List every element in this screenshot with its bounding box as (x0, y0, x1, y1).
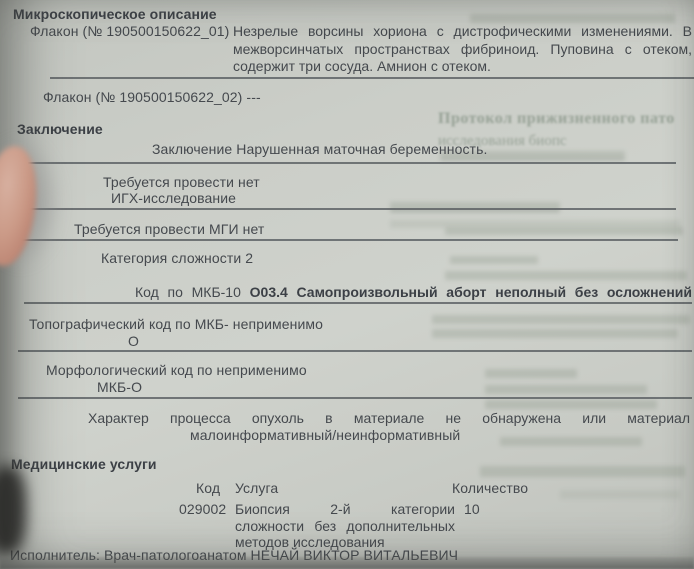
service-row-code: 029002 (179, 501, 226, 517)
bleedthrough-line (445, 271, 687, 280)
divider-rule (50, 77, 694, 79)
service-row-quantity: 10 (464, 501, 480, 517)
services-header-code: Код (196, 480, 220, 496)
bleedthrough-line (485, 385, 647, 394)
mgi-required-line: Требуется провести МГИ нет (74, 221, 264, 237)
divider-rule (24, 302, 692, 304)
morphologic-code-line: Морфологический код по неприменимо (46, 362, 307, 378)
bleedthrough-line (432, 315, 690, 324)
complexity-category-line: Категория сложности 2 (101, 250, 253, 266)
vial-1-description: Незрелые ворсины хориона с дистрофически… (233, 23, 692, 76)
bleedthrough-line (560, 490, 680, 499)
paper-sheet: Протокол прижизненного пато исследования… (0, 0, 694, 569)
bleedthrough-line (485, 369, 577, 378)
vial-1-description-line: межворсинчатых пространствах фибриноид. … (233, 41, 692, 59)
bleedthrough-line (390, 202, 560, 212)
vial-1-description-line: содержит три сосуда. Амнион с отеком. (233, 58, 692, 76)
dark-corner-patch (0, 466, 26, 554)
vial-1-label: Флакон (№ 190500150622_01) (30, 23, 229, 39)
bleedthrough-line (480, 466, 685, 477)
process-nature-line2: малоинформативный/неинформативный (190, 427, 460, 443)
topographic-code-line2: О (128, 333, 139, 349)
bottom-edge-shadow (0, 557, 694, 569)
section-title-services: Медицинские услуги (11, 456, 157, 472)
services-header-service: Услуга (235, 480, 278, 496)
igh-required-line: Требуется провести нет (103, 174, 260, 190)
services-header-quantity: Количество (452, 480, 528, 496)
bleedthrough-line (432, 329, 678, 338)
bleedthrough-line (500, 437, 642, 446)
conclusion-text: Заключение Нарушенная маточная беременно… (152, 141, 487, 157)
vial-2-line: Флакон (№ 190500150622_02) --- (43, 89, 261, 105)
icd10-label: Код по МКБ-10 (135, 284, 241, 300)
bleedthrough-title: Протокол прижизненного пато (438, 110, 675, 128)
bleedthrough-line (470, 14, 675, 23)
topographic-code-line: Топографический код по МКБ- неприменимо (29, 316, 323, 332)
igh-study-line: ИГХ-исследование (111, 190, 236, 206)
icd10-code-line: Код по МКБ-10 О03.4 Самопроизвольный або… (135, 284, 692, 300)
divider-rule (28, 162, 676, 164)
bleedthrough-line (450, 256, 538, 264)
service-name-line: сложности без дополнительных (235, 518, 455, 535)
morphologic-code-line2: МКБ-О (97, 379, 142, 395)
divider-rule (18, 397, 692, 399)
divider-rule (16, 239, 678, 241)
icd10-value: О03.4 Самопроизвольный аборт неполный бе… (250, 284, 692, 300)
bleedthrough-line (485, 400, 657, 409)
document-photo: Протокол прижизненного пато исследования… (0, 0, 694, 569)
service-name-line: Биопсия 2-й категории (235, 501, 455, 518)
divider-rule (18, 350, 692, 352)
divider-rule (16, 208, 676, 210)
section-title-microscopic: Микроскопическое описание (13, 6, 217, 22)
service-row-name: Биопсия 2-й категории сложности без допо… (235, 501, 455, 551)
vial-1-description-line: Незрелые ворсины хориона с дистрофически… (233, 23, 692, 41)
process-nature-line: Характер процесса опухоль в материале не… (88, 410, 690, 426)
bleedthrough-line (445, 227, 683, 235)
